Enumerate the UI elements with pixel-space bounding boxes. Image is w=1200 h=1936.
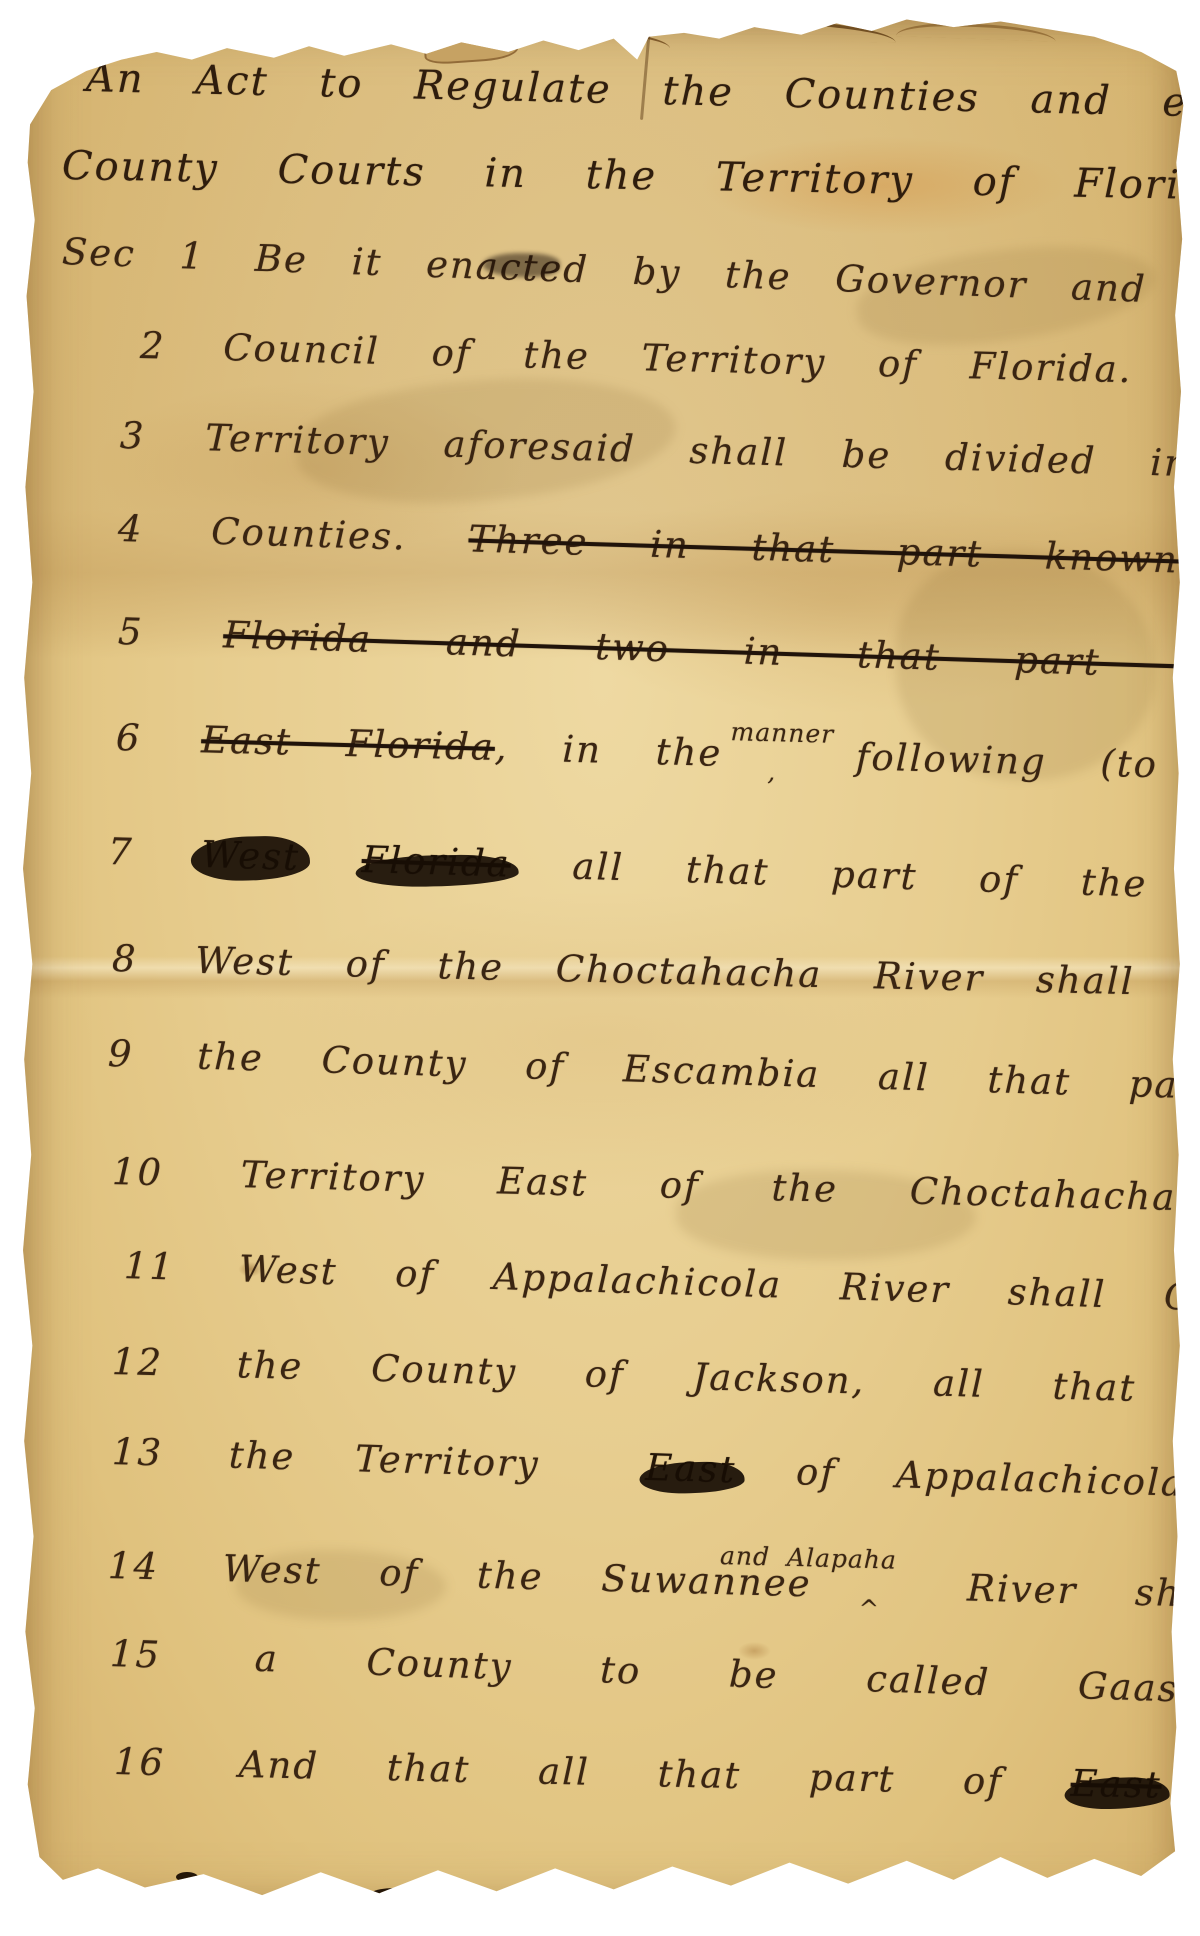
ink-speck [176, 1872, 198, 1882]
insertion-group: manner, [776, 767, 802, 768]
line-text: following (to Wit) [855, 735, 1200, 790]
line-text: West of Appalachicola River shall Consti… [238, 1247, 1200, 1324]
line-number: 10 [111, 1150, 163, 1194]
line-number: 12 [111, 1340, 163, 1384]
line-text: West of the Choctahacha River shall Cons… [195, 939, 1200, 1009]
manuscript-line: 11 West of Appalachicola River shall Con… [123, 1242, 1200, 1327]
line-number: 2 [139, 324, 166, 368]
insertion-group: and Alapaha^ [869, 1598, 909, 1599]
line-number: 14 [107, 1544, 159, 1588]
manuscript-line: 7 West Florida all that part of the Terr… [107, 828, 1200, 916]
struck-text: Florida [361, 838, 511, 886]
line-text: Counties. [211, 510, 408, 559]
manuscript-line: 9 the County of Escambia all that part o… [107, 1030, 1200, 1118]
line-number: 9 [107, 1032, 134, 1076]
manuscript-paper: An Act to Regulate the Counties and esta… [16, 10, 1188, 1918]
line-text: the County of Escambia all that part of … [197, 1035, 1200, 1115]
manuscript-line: 14 West of the Suwannee and Alapaha^ Riv… [107, 1542, 1200, 1627]
manuscript-line: County Courts in the Territory of Florid… [62, 140, 1200, 213]
line-number: 8 [112, 937, 139, 981]
manuscript-line: 15 a County to be called Gaasden [109, 1630, 1200, 1716]
document-scan: An Act to Regulate the Counties and esta… [0, 0, 1200, 1936]
inserted-word: manner [730, 716, 834, 751]
line-text: , in the [494, 726, 723, 775]
blotted-word: East [645, 1446, 737, 1492]
ink-speck [704, 1892, 734, 1902]
line-text: Council of the Territory of Florida. Tha… [223, 326, 1200, 398]
smudged-word: enacted [425, 243, 589, 292]
manuscript-line: 10 Territory East of the Choctahacha and [111, 1148, 1200, 1226]
caret-mark: ^ [858, 1594, 881, 1626]
line-number: 11 [123, 1244, 175, 1288]
line-text: a County to be called Gaasden [254, 1637, 1200, 1713]
line-number: Sec 1 [61, 230, 206, 278]
manuscript-line: 13 the Territory East of Appalachicola a… [111, 1428, 1200, 1512]
line-text: the County of Jackson, all that part of [236, 1343, 1200, 1416]
torn-top-edge [30, 23, 670, 59]
manuscript-line: An Act to Regulate the Counties and esta… [85, 52, 1200, 133]
blotted-word: West [201, 833, 301, 879]
torn-top-edge [626, 15, 896, 43]
line-text: And that all that part of [238, 1743, 1003, 1803]
line-number: 6 [115, 716, 142, 760]
manuscript-line: 16 And that all that part of East Florid… [113, 1738, 1200, 1815]
line-text: Be it [254, 237, 383, 284]
line-text: all that part of the Territory [572, 845, 1200, 914]
manuscript-line: 8 West of the Choctahacha River shall Co… [111, 935, 1200, 1012]
line-number: 4 [117, 507, 144, 551]
line-number: 5 [117, 610, 144, 654]
manuscript-line: 12 the County of Jackson, all that part … [111, 1338, 1200, 1420]
torn-top-edge [896, 21, 1056, 42]
line-number: 7 [107, 830, 134, 874]
inserted-word: and Alapaha [720, 1540, 898, 1577]
line-text: of Appalachicola and [795, 1450, 1200, 1509]
line-number: 3 [119, 414, 146, 458]
struck-text: East Florida [201, 718, 496, 769]
line-text: the Territory [228, 1433, 540, 1485]
title-line-2: County Courts in the Territory of Florid… [62, 143, 1200, 210]
line-number: 13 [111, 1430, 163, 1474]
line-number: 16 [114, 1740, 166, 1784]
struck-text: Three in that part known as West [468, 517, 1200, 589]
manuscript-line: Sec 1 Be it enacted by the Governor and … [61, 228, 1200, 323]
line-number: 15 [109, 1632, 161, 1677]
ink-speck [371, 1888, 435, 1902]
caret-mark: , [767, 757, 777, 788]
manuscript-line: 4 Counties. Three in that part known as … [117, 505, 1200, 592]
blotted-word: East [1070, 1762, 1162, 1807]
line-text: River shall constitute [967, 1567, 1200, 1624]
